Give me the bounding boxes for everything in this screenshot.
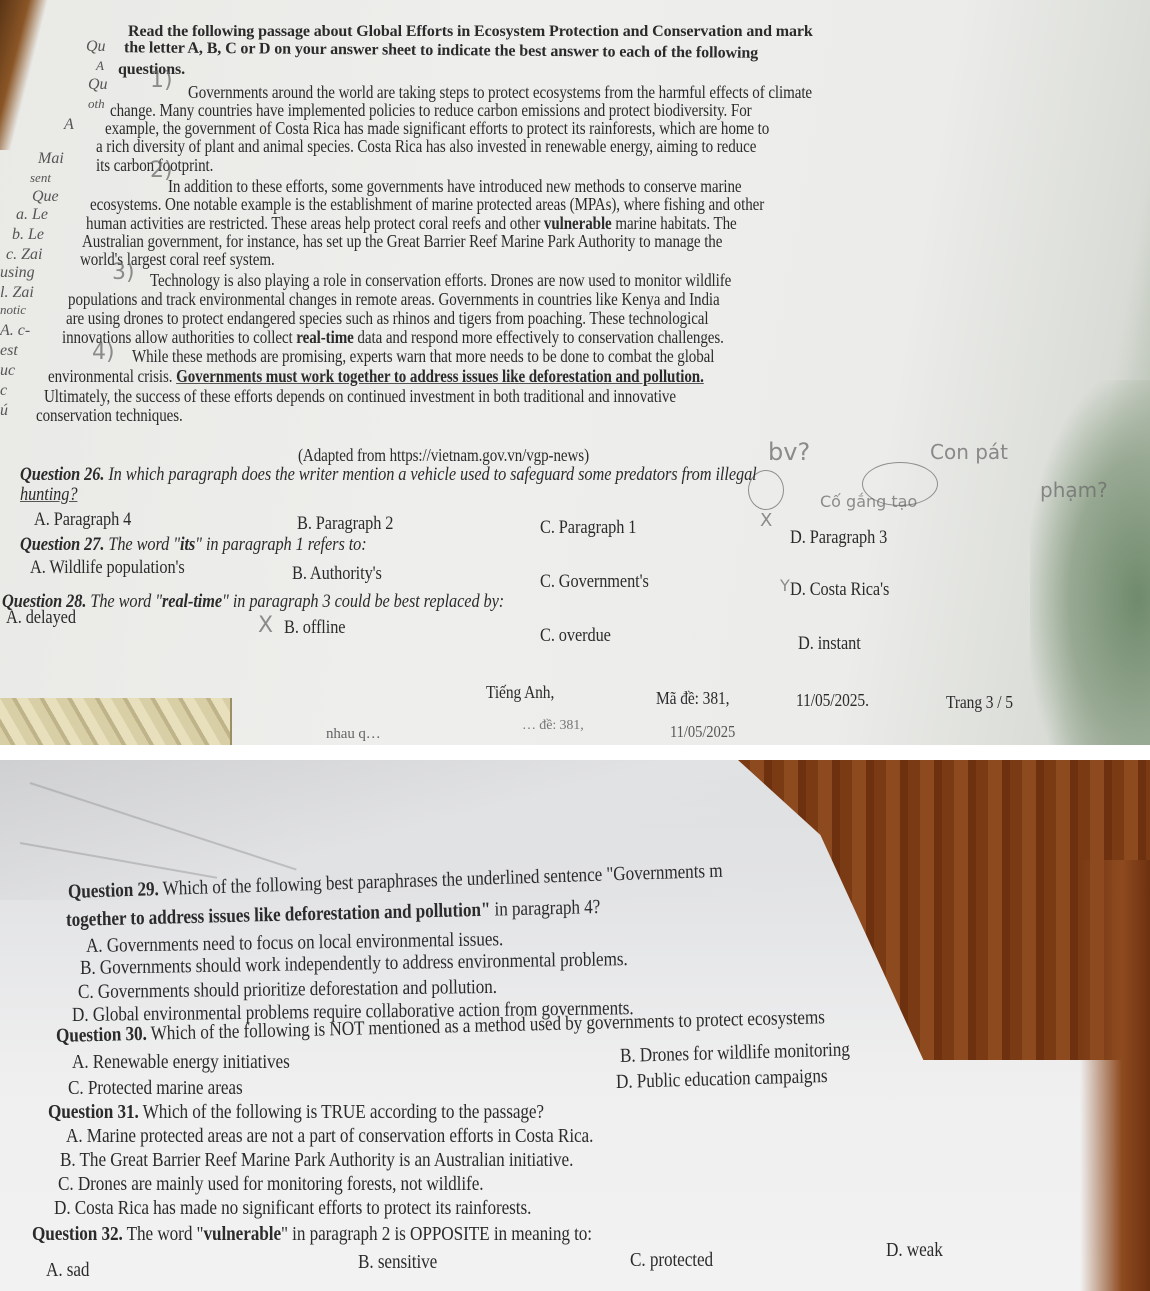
passage-line: are using drones to protect endangered s… bbox=[66, 308, 708, 328]
underlined-sentence: Governments must work together to addres… bbox=[176, 366, 704, 386]
margin-fragment: Qu bbox=[86, 38, 106, 56]
passage-line: human activities are restricted. These a… bbox=[86, 213, 737, 233]
margin-fragment: oth bbox=[88, 96, 105, 112]
option-c[interactable]: C. Drones are mainly used for monitoring… bbox=[58, 1174, 483, 1194]
exam-page-photo-bottom: Question 29. Which of the following best… bbox=[0, 760, 1150, 1291]
option-c[interactable]: C. protected bbox=[630, 1250, 713, 1270]
quoted-word: vulnerable bbox=[203, 1223, 281, 1245]
rope-object bbox=[0, 698, 232, 745]
option-d[interactable]: D. Costa Rica has made no significant ef… bbox=[54, 1198, 531, 1218]
bleed-through-text: … đề: 381, bbox=[522, 716, 584, 736]
margin-fragment: est bbox=[0, 342, 18, 360]
option-a[interactable]: A. Marine protected areas are not a part… bbox=[66, 1126, 593, 1146]
question-text: " in paragraph 3 could be best replaced … bbox=[222, 591, 504, 612]
passage-line: world's largest coral reef system. bbox=[80, 249, 275, 269]
question-stem: Question 26. In which paragraph does the… bbox=[20, 465, 757, 485]
instructions-line-2: the letter A, B, C or D on your answer s… bbox=[124, 38, 758, 64]
question-text: The word " bbox=[108, 534, 180, 555]
pencil-note: bv? bbox=[768, 438, 810, 466]
quoted-sentence: together to address issues like deforest… bbox=[66, 899, 491, 931]
margin-fragment: ú bbox=[0, 402, 8, 420]
margin-fragment: Qu bbox=[88, 76, 108, 94]
option-a[interactable]: A. sad bbox=[46, 1260, 89, 1280]
passage-text: marine habitats. The bbox=[615, 213, 736, 233]
question-number: Question 29. bbox=[68, 878, 159, 903]
margin-fragment: Mai bbox=[38, 150, 64, 168]
margin-fragment: sent bbox=[30, 170, 51, 186]
margin-fragment: A. c- bbox=[0, 322, 30, 340]
margin-fragment: l. Zai bbox=[0, 284, 34, 302]
wooden-table-edge bbox=[0, 0, 48, 150]
passage-line: change. Many countries have implemented … bbox=[110, 100, 752, 120]
margin-fragment: using bbox=[0, 264, 35, 282]
pencil-note: Con pát bbox=[930, 440, 1008, 464]
page-shadow bbox=[1030, 380, 1150, 745]
question-number: Question 31. bbox=[48, 1101, 139, 1123]
passage-line: Ultimately, the success of these efforts… bbox=[44, 386, 676, 406]
option-a[interactable]: A. Wildlife population's bbox=[30, 558, 185, 578]
margin-fragment: c bbox=[0, 382, 7, 400]
exam-page-photo-top: Qu A Qu oth A Mai sent Que a. Le b. Le c… bbox=[0, 0, 1150, 745]
passage-text: environmental crisis. bbox=[48, 366, 172, 386]
passage-line: example, the government of Costa Rica ha… bbox=[105, 118, 769, 138]
passage-line: Technology is also playing a role in con… bbox=[150, 270, 731, 290]
option-c[interactable]: C. Paragraph 1 bbox=[540, 518, 636, 538]
passage-line: While these methods are promising, exper… bbox=[132, 346, 714, 366]
footer-date: 11/05/2025. bbox=[796, 690, 869, 710]
option-c[interactable]: C. Governments should prioritize defores… bbox=[78, 977, 497, 1002]
footer-exam-code: Mã đề: 381, bbox=[656, 688, 729, 708]
footer-page-number: Trang 3 / 5 bbox=[946, 692, 1013, 712]
question-text: In which paragraph does the writer menti… bbox=[108, 464, 756, 485]
pencil-circle bbox=[862, 462, 938, 506]
margin-fragment: A bbox=[64, 116, 74, 134]
option-c[interactable]: C. overdue bbox=[540, 626, 611, 646]
margin-fragment: uc bbox=[0, 362, 15, 380]
bleed-through-date: 11/05/2025 bbox=[670, 722, 735, 742]
margin-fragment: c. Zai bbox=[6, 246, 42, 264]
quoted-word: its bbox=[180, 534, 195, 555]
passage-line: Australian government, for instance, has… bbox=[82, 231, 722, 251]
source-citation: (Adapted from https://vietnam.gov.vn/vgp… bbox=[298, 445, 589, 465]
question-stem: Question 31. Which of the following is T… bbox=[48, 1102, 544, 1122]
margin-fragment: A bbox=[96, 58, 104, 74]
question-text: The word " bbox=[127, 1223, 204, 1245]
option-a[interactable]: A. delayed bbox=[6, 608, 76, 628]
question-text: The word " bbox=[90, 591, 162, 612]
option-a[interactable]: A. Renewable energy initiatives bbox=[72, 1052, 290, 1072]
option-d[interactable]: D. instant bbox=[798, 634, 861, 654]
margin-fragment: a. Le bbox=[16, 206, 48, 224]
question-text: " in paragraph 2 is OPPOSITE in meaning … bbox=[281, 1223, 592, 1245]
question-stem: Question 28. The word "real-time" in par… bbox=[2, 592, 504, 612]
passage-line: In addition to these efforts, some gover… bbox=[168, 176, 742, 196]
option-d[interactable]: D. Costa Rica's bbox=[790, 580, 889, 600]
option-c[interactable]: C. Protected marine areas bbox=[68, 1078, 243, 1098]
question-number: Question 26. bbox=[20, 464, 104, 485]
passage-line: environmental crisis. Governments must w… bbox=[48, 366, 704, 386]
option-b[interactable]: B. Drones for wildlife monitoring bbox=[620, 1039, 850, 1066]
option-b[interactable]: B. Paragraph 2 bbox=[297, 514, 393, 534]
pencil-note: phạm? bbox=[1040, 478, 1108, 502]
passage-text: human activities are restricted. These a… bbox=[86, 213, 540, 233]
question-stem: Question 32. The word "vulnerable" in pa… bbox=[32, 1224, 592, 1244]
question-stem: Question 27. The word "its" in paragraph… bbox=[20, 535, 367, 555]
option-b[interactable]: B. offline bbox=[284, 618, 345, 638]
question-text: in paragraph 4? bbox=[494, 896, 600, 921]
option-d[interactable]: D. Public education campaigns bbox=[616, 1066, 828, 1092]
question-number: Question 32. bbox=[32, 1223, 123, 1245]
passage-line: Governments around the world are taking … bbox=[188, 82, 812, 102]
passage-text: data and respond more effectively to con… bbox=[357, 327, 723, 347]
pencil-check-mark: Y bbox=[780, 576, 790, 595]
passage-line: a rich diversity of plant and animal spe… bbox=[96, 136, 756, 156]
pencil-number: 4) bbox=[92, 340, 115, 365]
passage-line: populations and track environmental chan… bbox=[68, 289, 720, 309]
option-d[interactable]: D. Paragraph 3 bbox=[790, 528, 887, 548]
question-number: Question 27. bbox=[20, 534, 104, 555]
footer-subject: Tiếng Anh, bbox=[486, 682, 554, 702]
margin-fragment: notic bbox=[0, 302, 26, 318]
option-b[interactable]: B. Authority's bbox=[292, 564, 382, 584]
question-number: Question 30. bbox=[56, 1023, 147, 1047]
pencil-number: 1) bbox=[150, 68, 173, 93]
option-c[interactable]: C. Government's bbox=[540, 572, 649, 592]
quoted-word: real-time bbox=[162, 591, 222, 612]
question-stem: together to address issues like deforest… bbox=[66, 897, 601, 930]
highlighted-word-real-time: real-time bbox=[296, 327, 353, 347]
option-b[interactable]: B. The Great Barrier Reef Marine Park Au… bbox=[60, 1150, 573, 1170]
question-text: Which of the following is TRUE according… bbox=[143, 1101, 544, 1123]
margin-fragment: Que bbox=[32, 188, 59, 206]
passage-line: innovations allow authorities to collect… bbox=[62, 327, 724, 347]
pencil-number: 3) bbox=[112, 260, 135, 285]
margin-fragment: b. Le bbox=[12, 226, 44, 244]
bleed-through-text: nhau q… bbox=[326, 724, 381, 744]
option-d[interactable]: D. weak bbox=[886, 1240, 943, 1260]
passage-line: conservation techniques. bbox=[36, 405, 183, 425]
pencil-cross-mark: X bbox=[258, 613, 273, 638]
pencil-cross-mark: X bbox=[760, 510, 772, 531]
question-text: " in paragraph 1 refers to: bbox=[195, 534, 366, 555]
option-b[interactable]: B. sensitive bbox=[358, 1252, 437, 1272]
highlighted-word-vulnerable: vulnerable bbox=[544, 213, 612, 233]
wooden-table bbox=[1080, 860, 1150, 1291]
passage-line: ecosystems. One notable example is the e… bbox=[90, 194, 764, 214]
option-a[interactable]: A. Paragraph 4 bbox=[34, 510, 131, 530]
question-text: hunting? bbox=[20, 485, 77, 505]
